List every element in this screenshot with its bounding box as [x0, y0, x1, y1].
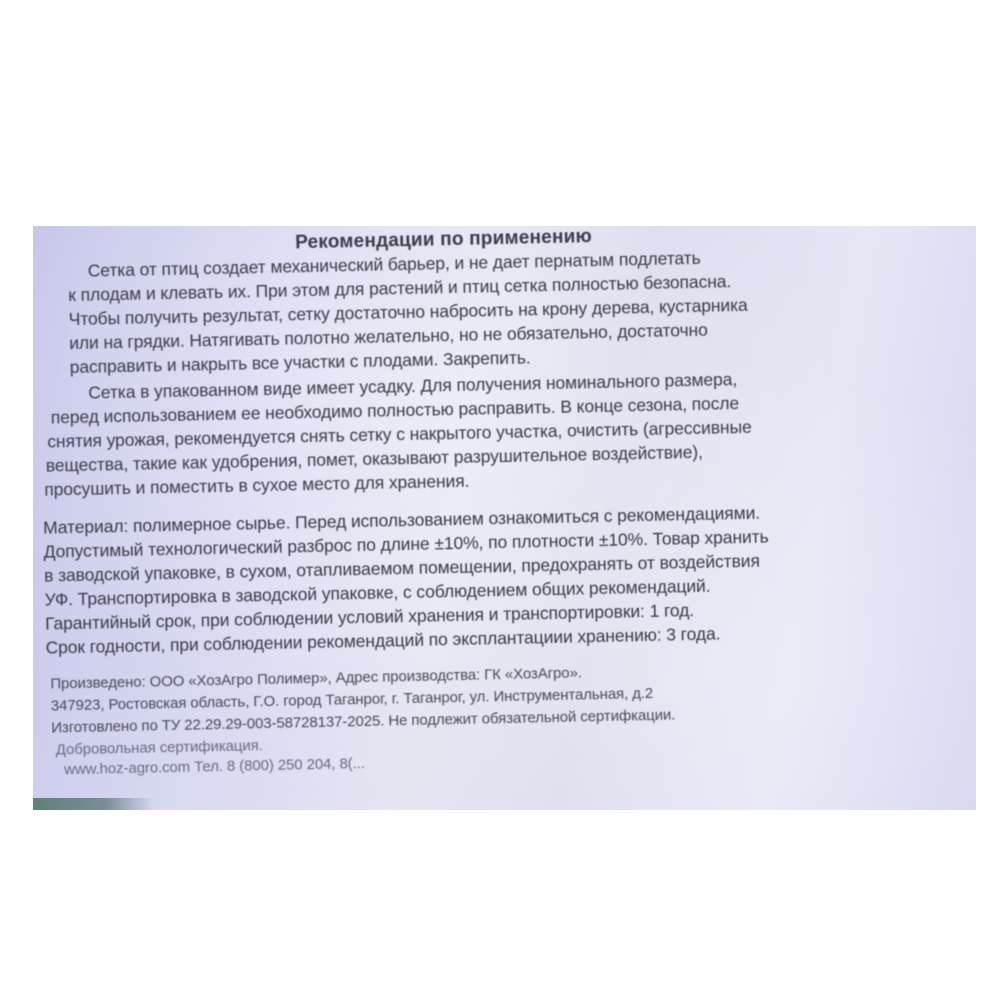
text-line: Добровольная сертификация.: [56, 737, 263, 758]
text-line: www.hoz-agro.com Тел. 8 (800) 250 204, 8…: [64, 755, 365, 778]
label-photo: Рекомендации по применению Сетка от птиц…: [33, 226, 976, 810]
product-label: Рекомендации по применению Сетка от птиц…: [33, 226, 976, 810]
